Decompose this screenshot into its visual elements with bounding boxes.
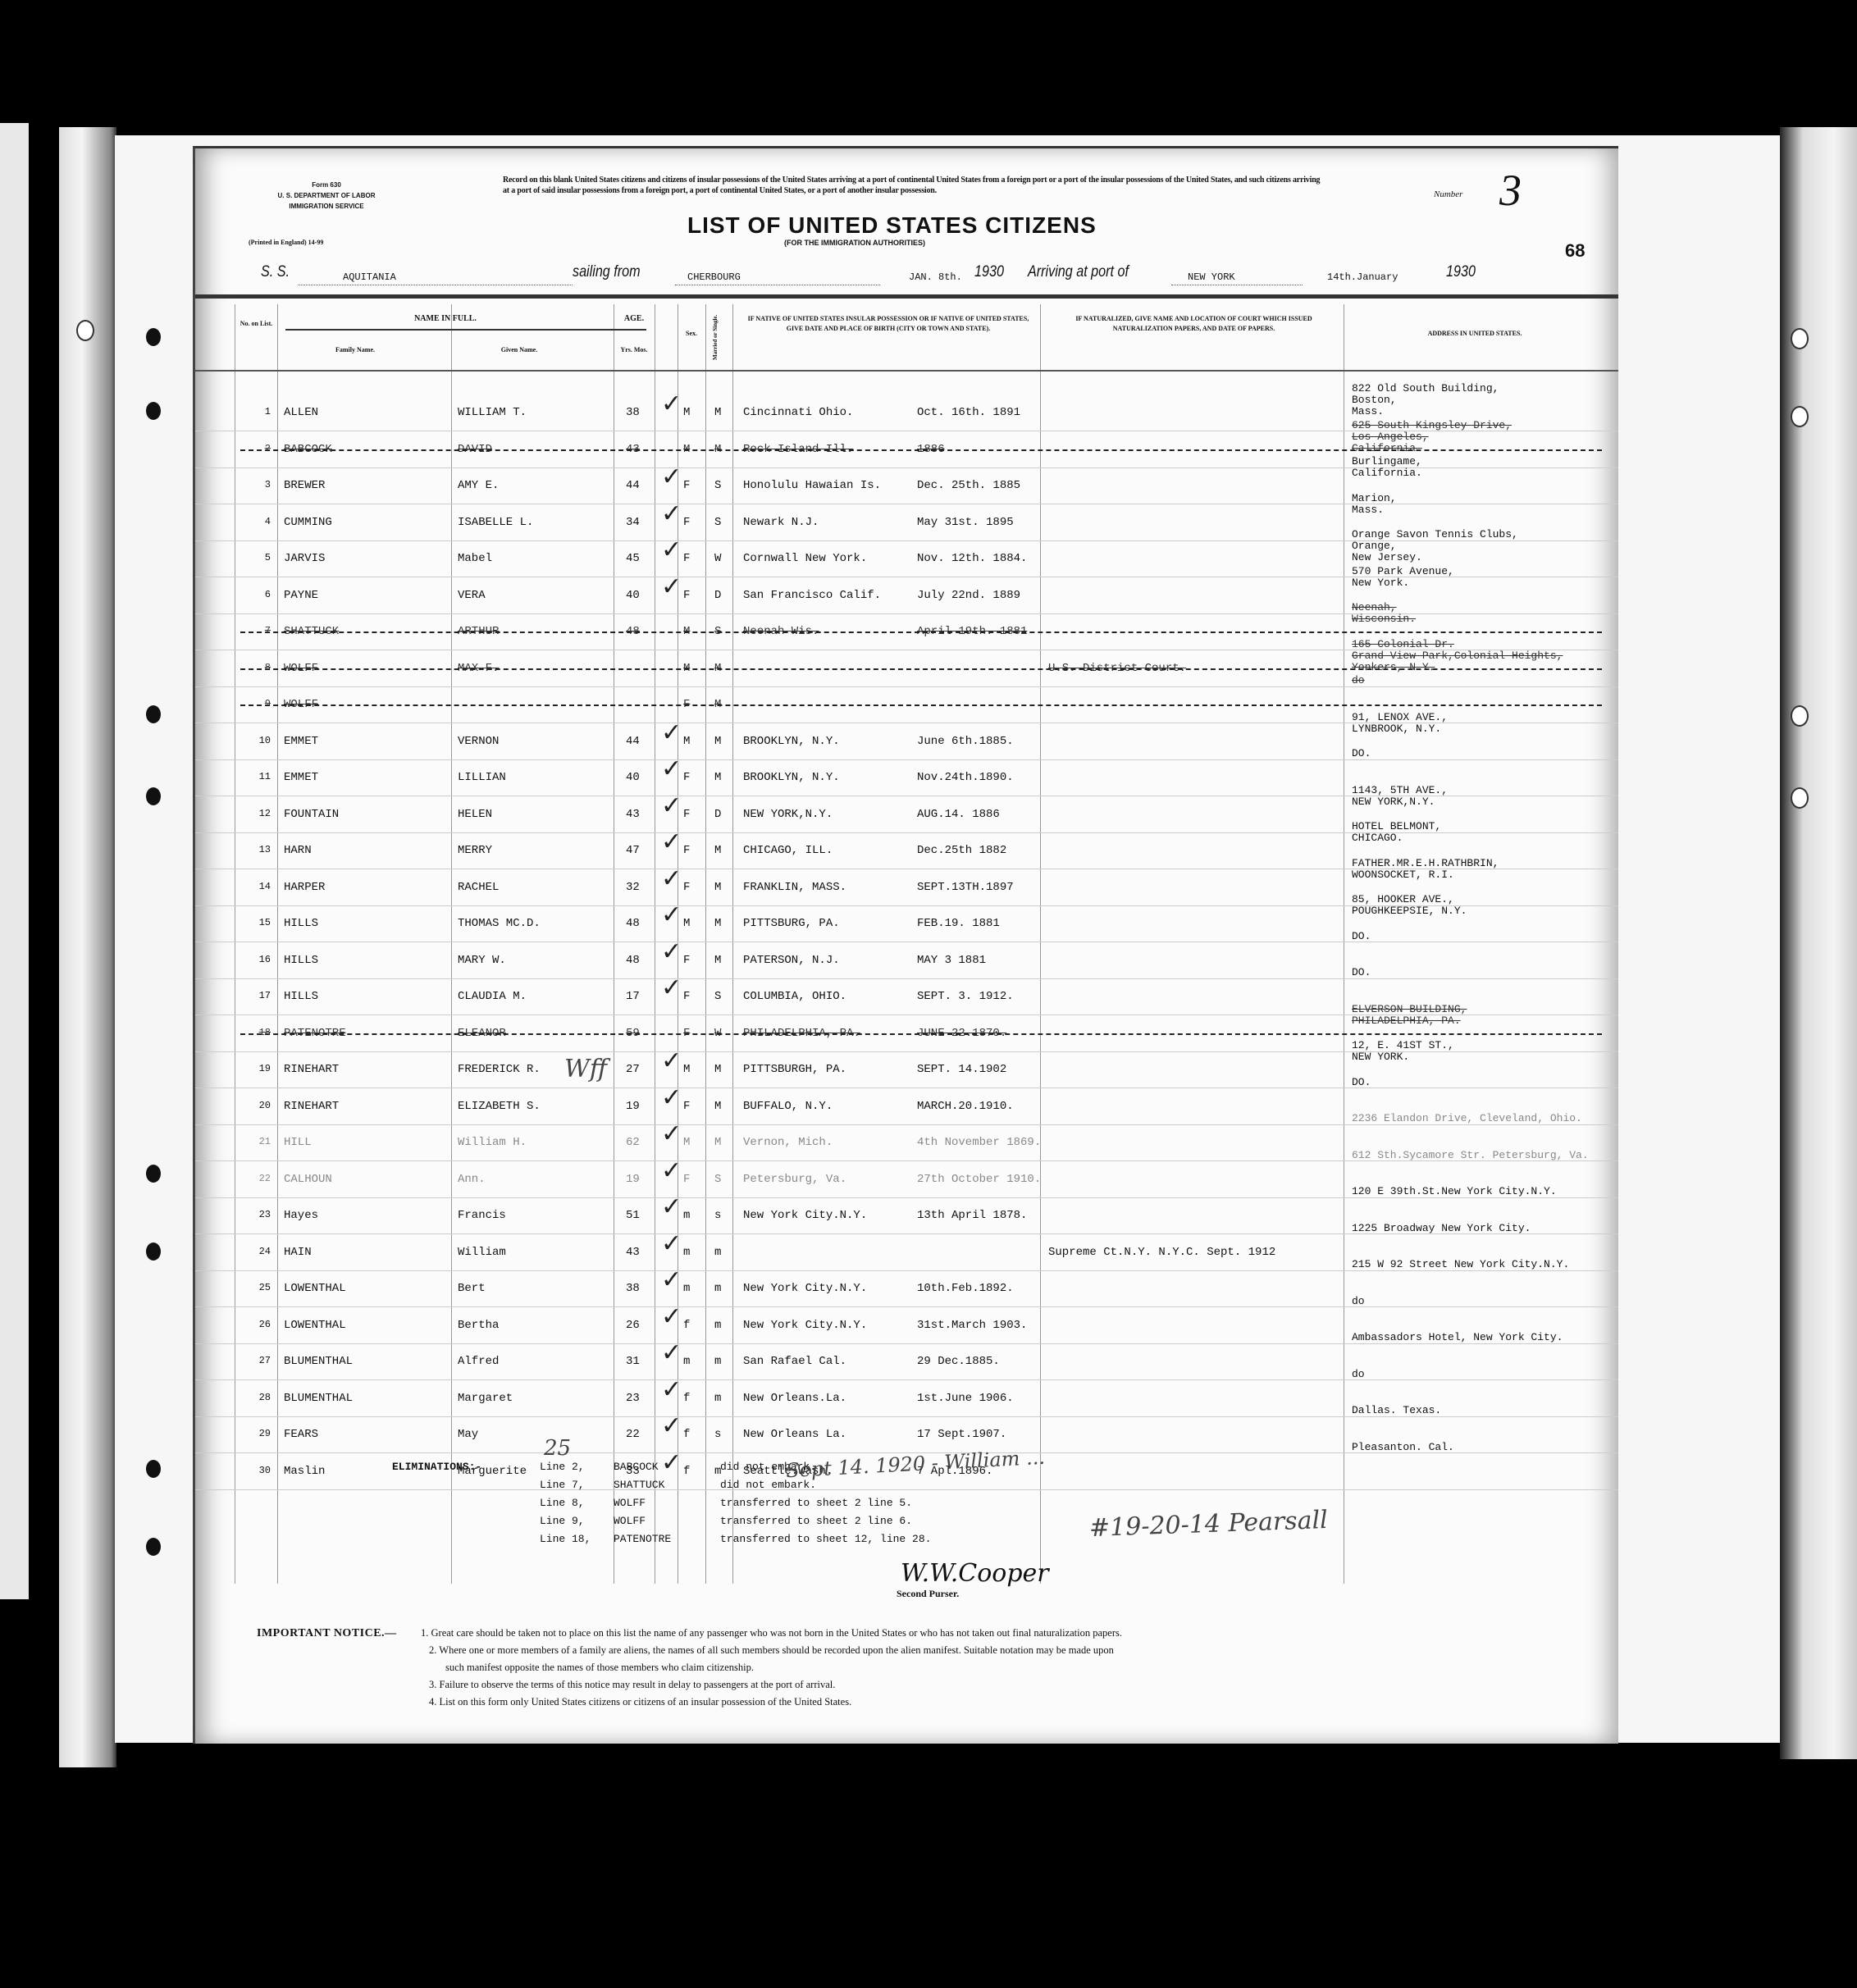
handwritten-note: Wff (564, 1055, 607, 1083)
sex: F (683, 954, 690, 967)
birthplace: New York City.N.Y. (743, 1209, 867, 1222)
marital-status: M (714, 1063, 721, 1076)
address: do (1352, 1369, 1365, 1380)
given-name: Alfred (458, 1355, 499, 1368)
checkmark-icon: ✓ (661, 1156, 682, 1185)
binder-edge-right (1780, 127, 1857, 1759)
address: Pleasanton. Cal. (1352, 1442, 1454, 1453)
marital-status: m (714, 1246, 721, 1259)
family-name: RINEHART (284, 1063, 339, 1076)
line-number: 4 (246, 516, 271, 527)
line-number: 10 (246, 735, 271, 746)
sex: M (683, 443, 690, 456)
family-name: HILLS (284, 954, 318, 967)
line-number: 1 (246, 406, 271, 417)
age-years: 40 (626, 771, 640, 784)
address: 625 South Kingsley Drive, Los Angeles, C… (1352, 420, 1512, 454)
family-name: EMMET (284, 735, 318, 748)
marital-status: m (714, 1355, 721, 1368)
film-edge-left (0, 123, 29, 1599)
port-to: NEW YORK (1188, 271, 1235, 283)
elimination-line: Line 7, (540, 1479, 585, 1491)
address: FATHER.MR.E.H.RATHBRIN, WOONSOCKET, R.I. (1352, 858, 1499, 881)
header-sex: Sex. (675, 329, 708, 339)
header-age: AGE. (609, 314, 659, 324)
notice-item: 3. Failure to observe the terms of this … (429, 1676, 835, 1694)
birthdate: Nov. 12th. 1884. (917, 552, 1027, 565)
birthdate: 29 Dec.1885. (917, 1355, 1000, 1368)
elimination-name: SHATTUCK (614, 1479, 664, 1491)
address: 120 E 39th.St.New York City.N.Y. (1352, 1186, 1557, 1197)
address: DO. (1352, 931, 1371, 942)
handwritten-note: #19-20-14 Pearsall (1088, 1506, 1328, 1543)
sex: f (683, 1392, 690, 1405)
elimination-item: Line 18,PATENOTREtransferred to sheet 12… (540, 1533, 1032, 1551)
address: 165 Colonial Dr. Grand View Park,Colonia… (1352, 639, 1563, 673)
birthplace: BROOKLYN, N.Y. (743, 735, 840, 748)
sex: m (683, 1282, 690, 1295)
family-name: HARN (284, 844, 312, 857)
elimination-line: Line 2, (540, 1461, 585, 1473)
sex: F (683, 589, 690, 602)
naturalization-court: U.S. District Court. (1048, 662, 1186, 675)
department: U. S. DEPARTMENT OF LABOR (244, 190, 408, 201)
elimination-note: transferred to sheet 12, line 28. (720, 1533, 931, 1545)
line-number: 11 (246, 771, 271, 782)
marital-status: M (714, 771, 721, 784)
binder-hole (146, 1242, 161, 1261)
line-number: 3 (246, 479, 271, 490)
sex: F (683, 881, 690, 894)
table-row: 15HILLSTHOMAS MC.D.48MMPITTSBURG, PA.FEB… (195, 905, 1618, 942)
checkmark-icon: ✓ (661, 572, 682, 601)
purser-title: Second Purser. (897, 1588, 959, 1600)
given-name: VERNON (458, 735, 499, 748)
age-years: 62 (626, 1136, 640, 1149)
birthdate: Oct. 16th. 1891 (917, 406, 1020, 419)
birthplace: BUFFALO, N.Y. (743, 1100, 833, 1113)
birthdate: Nov.24th.1890. (917, 771, 1014, 784)
birthplace: Vernon, Mich. (743, 1136, 833, 1149)
address: 612 Sth.Sycamore Str. Petersburg, Va. (1352, 1150, 1589, 1161)
given-name: ELIZABETH S. (458, 1100, 541, 1113)
checkmark-icon: ✓ (661, 1083, 682, 1112)
age-years: 48 (626, 625, 640, 638)
number-label: Number (1434, 189, 1462, 199)
header-naturalized: IF NATURALIZED, GIVE NAME AND LOCATION O… (1048, 314, 1339, 334)
binder-hole (76, 320, 94, 341)
line-number: 29 (246, 1428, 271, 1439)
checkmark-icon: ✓ (661, 901, 682, 929)
birthplace: BROOKLYN, N.Y. (743, 771, 840, 784)
header-no-on-list: No. on List. (238, 319, 275, 329)
given-name: DAVID (458, 443, 492, 456)
age-years: 23 (626, 1392, 640, 1405)
family-name: BLUMENTHAL (284, 1392, 353, 1405)
table-row: 10EMMETVERNON44MMBROOKLYN, N.Y.June 6th.… (195, 723, 1618, 760)
arrival-date: 14th.January (1327, 271, 1398, 283)
given-name: CLAUDIA M. (458, 990, 527, 1003)
header-given-name: Given Name. (458, 345, 581, 355)
marital-status: M (714, 954, 721, 967)
marital-status: S (714, 479, 721, 492)
line-number: 24 (246, 1246, 271, 1257)
marital-status: S (714, 516, 721, 529)
family-name: BLUMENTHAL (284, 1355, 353, 1368)
marital-status: s (714, 1209, 721, 1222)
table-row: 27BLUMENTHALAlfred31mmSan Rafael Cal.29 … (195, 1343, 1618, 1380)
elimination-line: Line 9, (540, 1515, 585, 1527)
family-name: CALHOUN (284, 1173, 332, 1186)
binder-hole (146, 1538, 161, 1556)
binder-hole (146, 1460, 161, 1478)
birthdate: 17 Sept.1907. (917, 1428, 1006, 1441)
sex: M (683, 1063, 690, 1076)
given-name: Ann. (458, 1173, 486, 1186)
form-header-left: Form 630 U. S. DEPARTMENT OF LABOR IMMIG… (244, 180, 408, 212)
elimination-line: Line 18, (540, 1533, 591, 1545)
marital-status: W (714, 1027, 721, 1040)
line-number: 7 (246, 625, 271, 636)
address: 570 Park Avenue, New York. (1352, 566, 1454, 589)
given-name: Bertha (458, 1319, 499, 1332)
line-number: 25 (246, 1282, 271, 1293)
sex: M (683, 406, 690, 419)
header-married-single: Married or Single. (710, 308, 720, 366)
birthdate: 1886 (917, 443, 945, 456)
marital-status: M (714, 735, 721, 748)
family-name: Hayes (284, 1209, 318, 1222)
sex: F (683, 990, 690, 1003)
header-name-in-full: NAME IN FULL. (343, 314, 548, 324)
given-name: MERRY (458, 844, 492, 857)
family-name: JARVIS (284, 552, 325, 565)
family-name: LOWENTHAL (284, 1282, 346, 1295)
marital-status: D (714, 589, 721, 602)
binder-hole (146, 402, 161, 420)
header-address: ADDRESS IN UNITED STATES. (1352, 329, 1598, 339)
binder-hole (146, 328, 161, 346)
address: Neenah, Wisconsin. (1352, 602, 1416, 625)
birthplace: FRANKLIN, MASS. (743, 881, 846, 894)
birthplace: San Francisco Calif. (743, 589, 881, 602)
age-years: 44 (626, 479, 640, 492)
birthdate: SEPT.13TH.1897 (917, 881, 1014, 894)
address: 1143, 5TH AVE., NEW YORK,N.Y. (1352, 785, 1448, 808)
line-number: 21 (246, 1136, 271, 1147)
marital-status: M (714, 698, 721, 711)
line-number: 23 (246, 1209, 271, 1220)
sex: M (683, 1136, 690, 1149)
birthdate: JUNE 22.1870. (917, 1027, 1006, 1040)
line-number: 26 (246, 1319, 271, 1330)
given-name: William (458, 1246, 506, 1259)
family-name: HARPER (284, 881, 325, 894)
marital-status: m (714, 1319, 721, 1332)
checkmark-icon: ✓ (661, 390, 682, 418)
handwritten-note: 25 (544, 1436, 571, 1461)
address: 12, E. 41ST ST., NEW YORK. (1352, 1040, 1454, 1063)
list-number: 3 (1499, 165, 1522, 216)
ship-name: AQUITANIA (343, 271, 396, 283)
birthdate: MAY 3 1881 (917, 954, 986, 967)
marital-status: M (714, 1136, 721, 1149)
age-years: 43 (626, 1246, 640, 1259)
age-years: 38 (626, 406, 640, 419)
elimination-name: PATENOTRE (614, 1533, 671, 1545)
port-from: CHERBOURG (687, 271, 741, 283)
age-years: 17 (626, 990, 640, 1003)
given-name: Mabel (458, 552, 492, 565)
checkmark-icon: ✓ (661, 536, 682, 564)
sex: F (683, 1173, 690, 1186)
line-number: 19 (246, 1063, 271, 1074)
birthdate: June 6th.1885. (917, 735, 1014, 748)
ss-label: S. S. (261, 263, 290, 281)
address: Dallas. Texas. (1352, 1405, 1441, 1416)
address: do (1352, 1296, 1365, 1307)
checkmark-icon: ✓ (661, 973, 682, 1002)
notice-label: IMPORTANT NOTICE.— (257, 1625, 397, 1642)
binder-hole (146, 705, 161, 723)
service: IMMIGRATION SERVICE (244, 201, 408, 212)
age-years: 43 (626, 443, 640, 456)
family-name: CUMMING (284, 516, 332, 529)
line-number: 30 (246, 1465, 271, 1476)
birthplace: PATERSON, N.J. (743, 954, 840, 967)
birthplace: Petersburg, Va. (743, 1173, 846, 1186)
age-years: 45 (626, 552, 640, 565)
sex: F (683, 844, 690, 857)
birthplace: Cincinnati Ohio. (743, 406, 853, 419)
marital-status: M (714, 443, 721, 456)
sex: m (683, 1246, 690, 1259)
given-name: MARY W. (458, 954, 506, 967)
page-subtitle: (FOR THE IMMIGRATION AUTHORITIES) (784, 239, 925, 247)
departure-year: 1930 (974, 263, 1004, 281)
line-number: 15 (246, 917, 271, 928)
departure-date: JAN. 8th. (909, 271, 962, 283)
given-name: ARTHUR (458, 625, 499, 638)
table-row: 3BREWERAMY E.44FSHonolulu Hawaian Is.Dec… (195, 467, 1618, 504)
line-number: 13 (246, 844, 271, 855)
birthdate: May 31st. 1895 (917, 516, 1014, 529)
binder-hole (1791, 328, 1809, 349)
family-name: FEARS (284, 1428, 318, 1441)
birthdate: 4th November 1869. (917, 1136, 1041, 1149)
marital-status: W (714, 552, 721, 565)
binder-hole (146, 1165, 161, 1183)
address: DO. (1352, 967, 1371, 978)
page-title: LIST OF UNITED STATES CITIZENS (687, 212, 1097, 239)
sex: F (683, 479, 690, 492)
line-number: 14 (246, 881, 271, 892)
given-name: ISABELLE L. (458, 516, 533, 529)
marital-status: M (714, 881, 721, 894)
birthplace: PHILADELPHIA, PA. (743, 1027, 860, 1040)
birthplace: Rock Island Ill. (743, 443, 853, 456)
given-name: WILLIAM T. (458, 406, 527, 419)
birthdate: 1st.June 1906. (917, 1392, 1014, 1405)
birthplace: New Orleans.La. (743, 1392, 846, 1405)
given-name: Margaret (458, 1392, 513, 1405)
family-name: SHATTUCK (284, 625, 339, 638)
address: 1225 Broadway New York City. (1352, 1223, 1531, 1234)
address: DO. (1352, 1077, 1371, 1088)
age-years: 43 (626, 808, 640, 821)
marital-status: S (714, 1173, 721, 1186)
checkmark-icon: ✓ (661, 828, 682, 856)
birthplace: Neenah Wis. (743, 625, 819, 638)
marital-status: M (714, 917, 721, 930)
binder-hole (146, 787, 161, 805)
marital-status: M (714, 1100, 721, 1113)
birthdate: 10th.Feb.1892. (917, 1282, 1014, 1295)
age-years: 22 (626, 1428, 640, 1441)
birthplace: Newark N.J. (743, 516, 819, 529)
notice-item: 2. Where one or more members of a family… (429, 1642, 1114, 1659)
family-name: EMMET (284, 771, 318, 784)
checkmark-icon: ✓ (661, 864, 682, 893)
birthdate: SEPT. 14.1902 (917, 1063, 1006, 1076)
checkmark-icon: ✓ (661, 1046, 682, 1075)
family-name: HAIN (284, 1246, 312, 1259)
elimination-name: WOLFF (614, 1497, 646, 1509)
given-name: RACHEL (458, 881, 499, 894)
family-name: PATENOTRE (284, 1027, 346, 1040)
birthplace: CHICAGO, ILL. (743, 844, 833, 857)
age-years: 19 (626, 1100, 640, 1113)
birthdate: MARCH.20.1910. (917, 1100, 1014, 1113)
intro-text: Record on this blank United States citiz… (503, 175, 1323, 196)
given-name: Francis (458, 1209, 506, 1222)
elimination-item: Line 8,WOLFFtransferred to sheet 2 line … (540, 1497, 1032, 1515)
elimination-note: transferred to sheet 2 line 6. (720, 1515, 912, 1527)
sheet-number: 68 (1565, 240, 1585, 262)
checkmark-icon: ✓ (661, 1192, 682, 1221)
family-name: BABCOCK (284, 443, 332, 456)
checkmark-icon: ✓ (661, 718, 682, 747)
age-years: 32 (626, 881, 640, 894)
line-number: 8 (246, 662, 271, 673)
birthdate: FEB.19. 1881 (917, 917, 1000, 930)
birthdate: SEPT. 3. 1912. (917, 990, 1014, 1003)
binder-hole (1791, 406, 1809, 427)
checkmark-icon: ✓ (661, 1302, 682, 1331)
family-name: FOUNTAIN (284, 808, 339, 821)
family-name: RINEHART (284, 1100, 339, 1113)
birthplace: PITTSBURGH, PA. (743, 1063, 846, 1076)
address: Marion, Mass. (1352, 493, 1397, 516)
age-years: 40 (626, 589, 640, 602)
birthdate: July 22nd. 1889 (917, 589, 1020, 602)
header-birth: IF NATIVE OF UNITED STATES INSULAR POSSE… (741, 314, 1036, 334)
birthplace: San Rafael Cal. (743, 1355, 846, 1368)
elimination-item: Line 9,WOLFFtransferred to sheet 2 line … (540, 1515, 1032, 1533)
given-name: FREDERICK R. (458, 1063, 541, 1076)
line-number: 2 (246, 443, 271, 454)
marital-status: D (714, 808, 721, 821)
address: 822 Old South Building, Boston, Mass. (1352, 383, 1499, 417)
address: Burlingame, California. (1352, 456, 1422, 479)
marital-status: M (714, 406, 721, 419)
voyage-line: S. S. AQUITANIA sailing from CHERBOURG J… (261, 263, 1606, 293)
sex: F (683, 771, 690, 784)
checkmark-icon: ✓ (661, 1338, 682, 1367)
family-name: WOLFF (284, 662, 318, 675)
notice-item: 4. List on this form only United States … (429, 1694, 851, 1711)
header-family-name: Family Name. (294, 345, 417, 355)
sex: m (683, 1209, 690, 1222)
family-name: ALLEN (284, 406, 318, 419)
age-years: 51 (626, 1209, 640, 1222)
checkmark-icon: ✓ (661, 1229, 682, 1258)
address: 215 W 92 Street New York City.N.Y. (1352, 1259, 1569, 1270)
binder-edge-left (59, 127, 116, 1767)
elimination-line: Line 8, (540, 1497, 585, 1509)
address: do (1352, 675, 1365, 686)
age-years: 19 (626, 1173, 640, 1186)
elimination-name: WOLFF (614, 1515, 646, 1527)
line-number: 27 (246, 1355, 271, 1366)
sailing-from-label: sailing from (573, 263, 641, 281)
table-row: 25LOWENTHALBert38mmNew York City.N.Y.10t… (195, 1270, 1618, 1307)
age-years: 44 (626, 735, 640, 748)
sex: M (683, 662, 690, 675)
age-years: 59 (626, 1027, 640, 1040)
line-number: 6 (246, 589, 271, 600)
checkmark-icon: ✓ (661, 1265, 682, 1294)
checkmark-icon: ✓ (661, 755, 682, 783)
marital-status: M (714, 844, 721, 857)
manifest-page: Form 630 U. S. DEPARTMENT OF LABOR IMMIG… (193, 146, 1618, 1744)
given-name: AMY E. (458, 479, 499, 492)
line-number: 20 (246, 1100, 271, 1111)
birthplace: New York City.N.Y. (743, 1282, 867, 1295)
line-number: 22 (246, 1173, 271, 1184)
table-row: 19RINEHARTFREDERICK R.27MMPITTSBURGH, PA… (195, 1051, 1618, 1088)
given-name: THOMAS MC.D. (458, 917, 541, 930)
table-row: 16HILLSMARY W.48FMPATERSON, N.J.MAY 3 18… (195, 942, 1618, 979)
birthplace: PITTSBURG, PA. (743, 917, 840, 930)
age-years: 34 (626, 516, 640, 529)
birthplace: Cornwall New York. (743, 552, 867, 565)
table-row: 8WOLFFMAX F.MMU.S. District Court.165 Co… (195, 650, 1618, 687)
line-number: 17 (246, 990, 271, 1001)
age-years: 26 (626, 1319, 640, 1332)
birthdate: AUG.14. 1886 (917, 808, 1000, 821)
marital-status: m (714, 1282, 721, 1295)
arrival-year: 1930 (1446, 263, 1476, 281)
birthplace: COLUMBIA, OHIO. (743, 990, 846, 1003)
naturalization-court: Supreme Ct.N.Y. N.Y.C. Sept. 1912 (1048, 1246, 1275, 1259)
given-name: MAX F. (458, 662, 499, 675)
given-name: LILLIAN (458, 771, 506, 784)
birthdate: 31st.March 1903. (917, 1319, 1027, 1332)
checkmark-icon: ✓ (661, 937, 682, 966)
birthplace: NEW YORK,N.Y. (743, 808, 833, 821)
sex: M (683, 625, 690, 638)
line-number: 18 (246, 1027, 271, 1038)
marital-status: s (714, 1428, 721, 1441)
notice-item: such manifest opposite the names of thos… (445, 1659, 754, 1676)
family-name: HILLS (284, 990, 318, 1003)
sex: f (683, 1319, 690, 1332)
address: HOTEL BELMONT, CHICAGO. (1352, 821, 1441, 844)
birthdate: 13th April 1878. (917, 1209, 1027, 1222)
family-name: HILL (284, 1136, 312, 1149)
elimination-note: transferred to sheet 2 line 5. (720, 1497, 912, 1509)
